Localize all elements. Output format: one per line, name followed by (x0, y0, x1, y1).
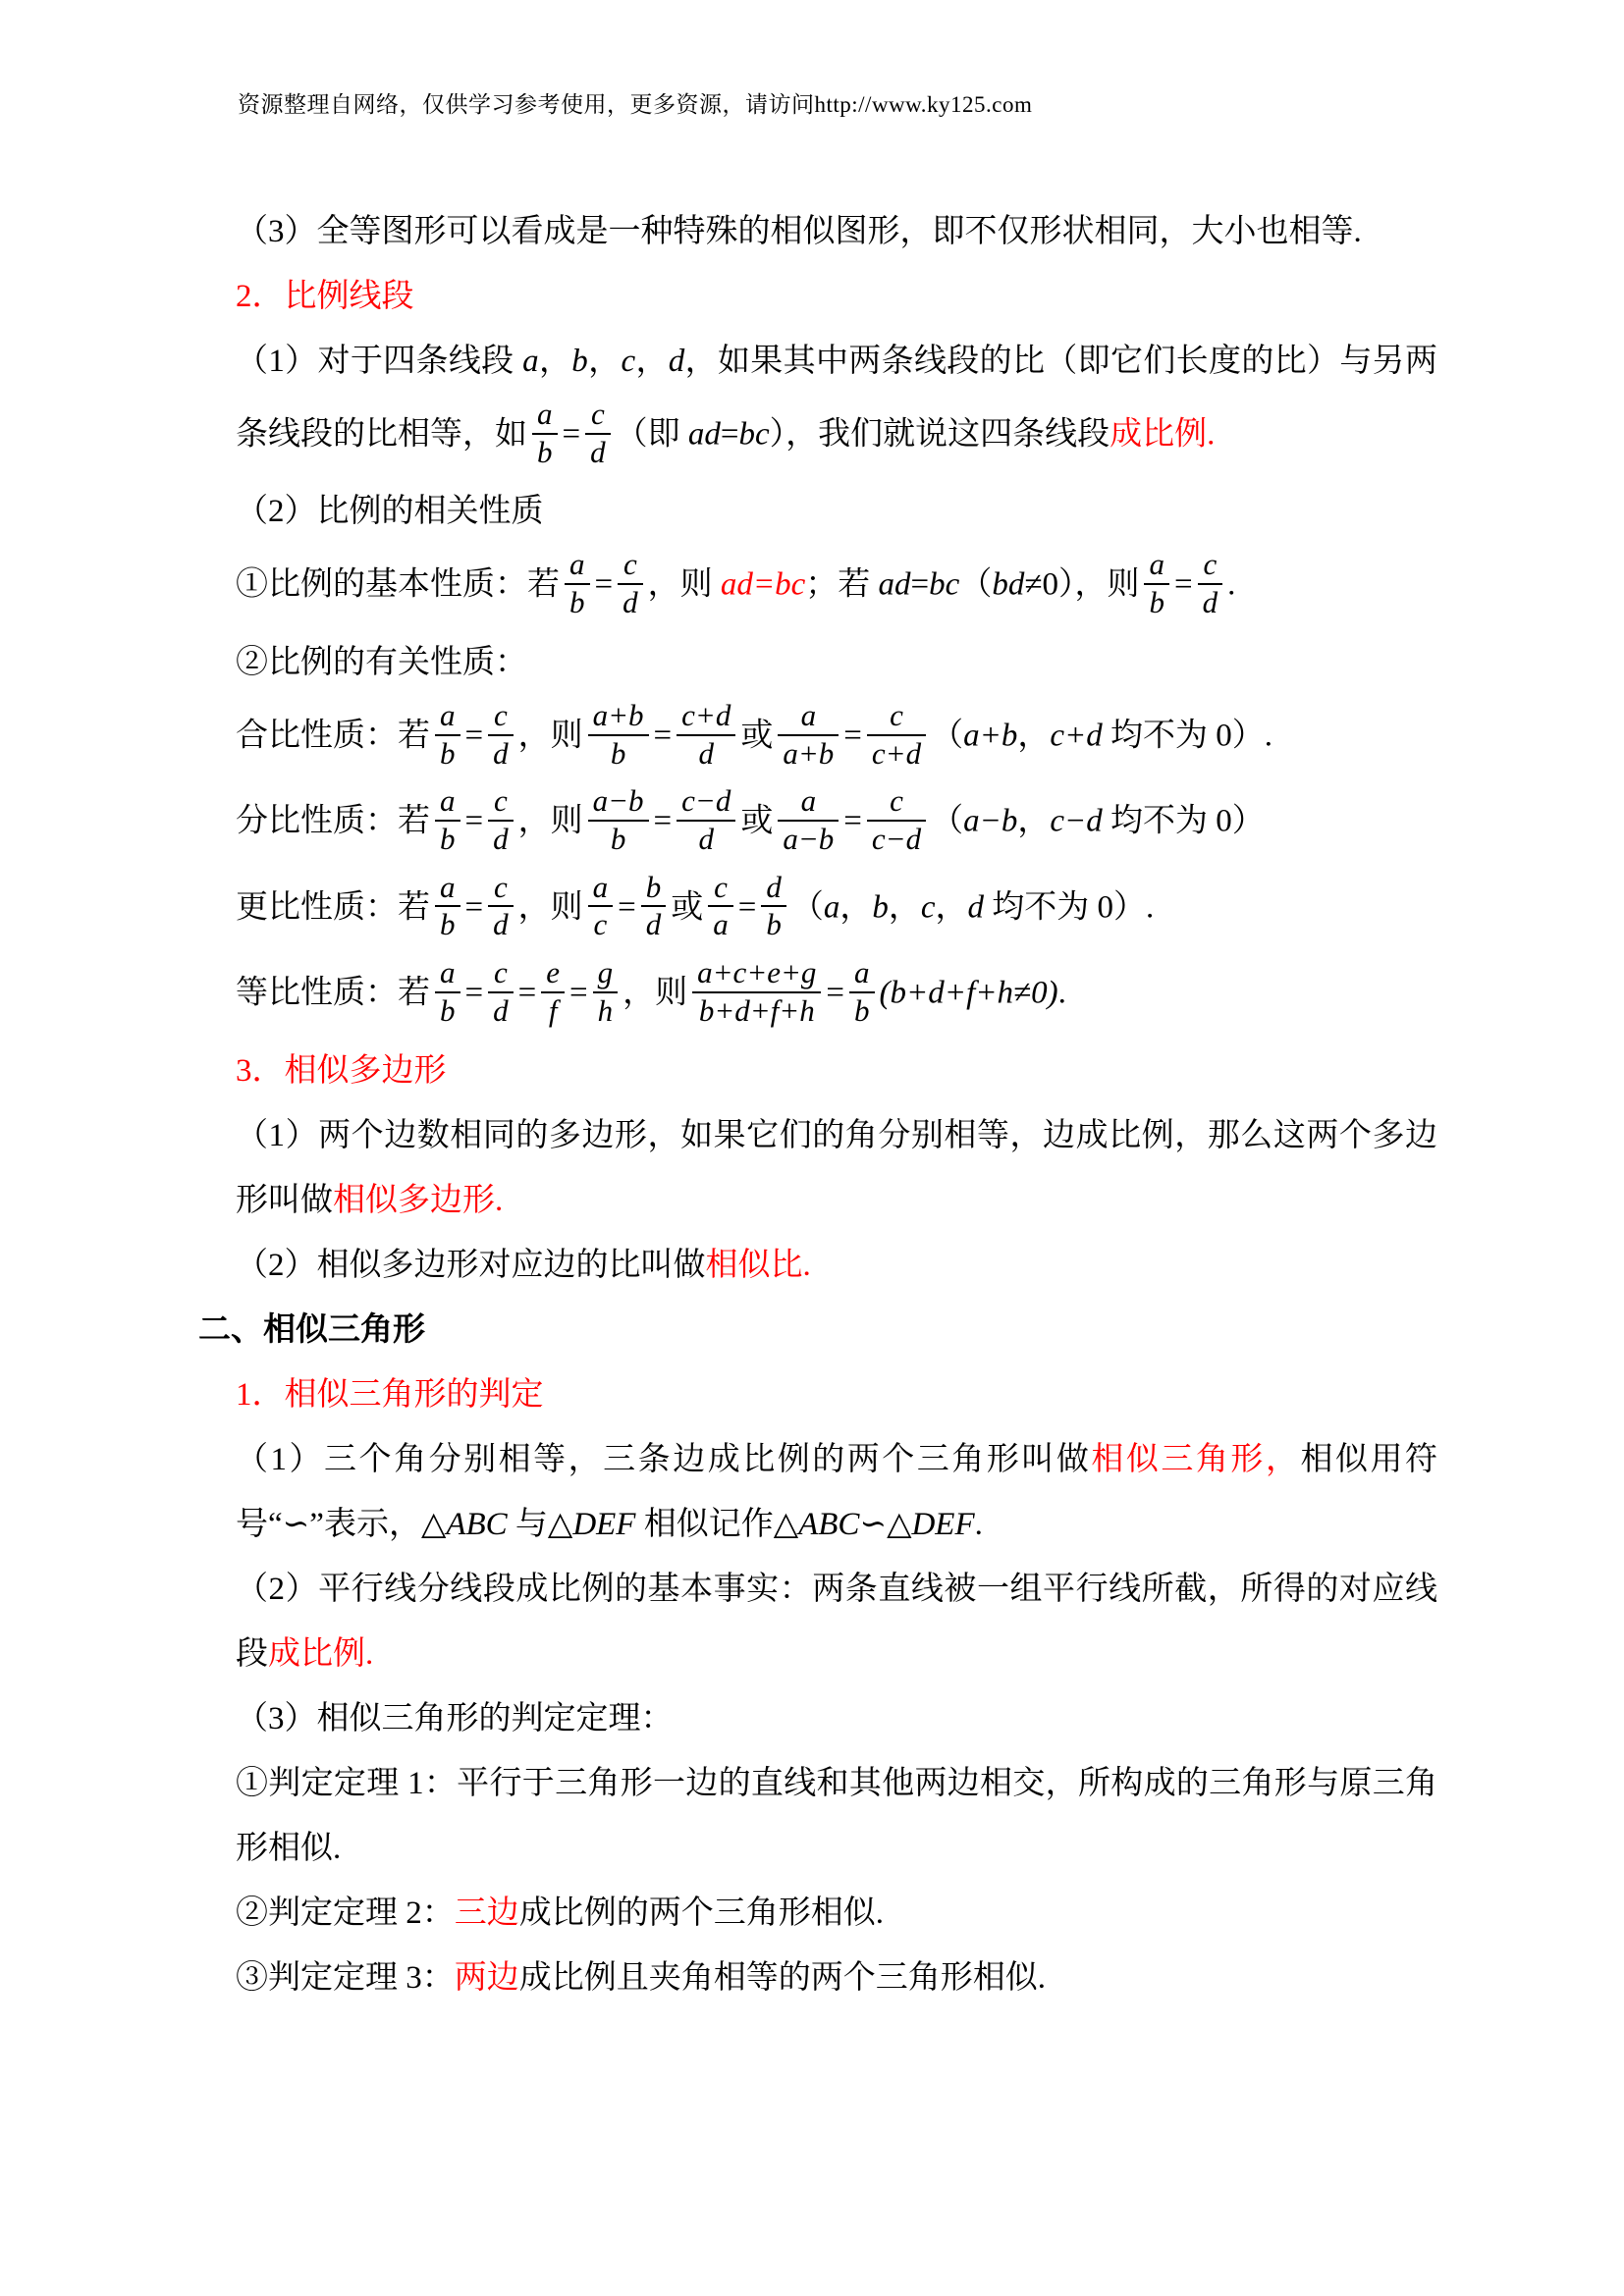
fraction-denominator: d (1198, 585, 1223, 620)
text-run: 相似多边形. (333, 1183, 503, 1218)
text-run: ad (879, 567, 911, 603)
text-run: 相似三角形， (1091, 1442, 1300, 1477)
fraction: bd (641, 871, 667, 942)
text-run: ①判定定理 1：平行于三角形一边的直线和其他两边相交，所构成的三角形与原三角形相… (236, 1766, 1437, 1866)
fraction-denominator: c (588, 907, 614, 942)
fraction: a+c+e+gb+d+f+h (692, 956, 821, 1028)
text-run: = (595, 567, 614, 603)
document-body: （3）全等图形可以看成是一种特殊的相似图形，即不仅形状相同，大小也相等.2．比例… (236, 199, 1437, 2010)
text-run: ， (1017, 804, 1050, 839)
fraction: a+bb (588, 699, 649, 771)
text-run: c (621, 344, 635, 379)
text-run: = (826, 975, 844, 1010)
paragraph: 等比性质：若ab=cd=ef=gh，则a+c+e+gb+d+f+h=ab(b+d… (236, 952, 1437, 1038)
text-run: = (465, 804, 484, 839)
fraction-numerator: a (849, 956, 875, 993)
fraction: ca (708, 871, 733, 942)
text-run: a−b (963, 804, 1017, 839)
text-run: DEF (911, 1507, 974, 1542)
text-run: 2．比例线段 (236, 279, 414, 314)
fraction-numerator: a (565, 548, 590, 585)
fraction: c−dd (677, 784, 735, 856)
paragraph: （1）三个角分别相等，三条边成比例的两个三角形叫做相似三角形，相似用符号“∽”表… (236, 1427, 1437, 1557)
fraction-numerator: e (541, 956, 565, 993)
text-run: ， (588, 344, 622, 379)
text-run: = (654, 804, 673, 839)
fraction-denominator: c+d (867, 736, 926, 772)
paragraph: （2）平行线分线段成比例的基本事实：两条直线被一组平行线所截，所得的对应线段成比… (236, 1557, 1437, 1686)
fraction-numerator: c (1198, 548, 1223, 585)
text-run: 更比性质：若 (236, 889, 430, 925)
text-run: 成比例且夹角相等的两个三角形相似. (519, 1960, 1046, 1996)
fraction-denominator: b (761, 907, 786, 942)
fraction-numerator: c (488, 699, 514, 736)
text-run: = (465, 889, 484, 925)
fraction: cd (585, 398, 611, 469)
text-run: = (843, 718, 862, 753)
section-heading: 3．相似多边形 (236, 1039, 1437, 1103)
text-run: 相似比. (706, 1248, 811, 1283)
text-run: ③判定定理 3： (236, 1960, 455, 1996)
fraction: ac (588, 871, 614, 942)
fraction-numerator: a (778, 784, 839, 822)
document-page: 资源整理自网络，仅供学习参考使用，更多资源，请访问http://www.ky12… (0, 0, 1624, 2296)
fraction-numerator: c (488, 871, 514, 908)
text-run: （ (931, 718, 963, 753)
fraction-denominator: b (435, 822, 460, 857)
text-run: bc (739, 416, 770, 452)
text-run: 分比性质：若 (236, 804, 430, 839)
fraction-denominator: b (565, 585, 590, 620)
fraction-denominator: b (435, 993, 460, 1029)
fraction: cd (488, 956, 514, 1028)
fraction-numerator: a (532, 398, 558, 435)
text-run: ，则 (518, 718, 583, 753)
section-heading: 1．相似三角形的判定 (236, 1362, 1437, 1427)
fraction: gh (593, 956, 619, 1028)
text-run: ②判定定理 2： (236, 1896, 455, 1931)
text-run: ABC (446, 1507, 507, 1542)
text-run: △ (774, 1507, 798, 1542)
fraction-denominator: f (541, 993, 565, 1029)
text-run: = (563, 416, 581, 452)
fraction: cd (618, 548, 643, 619)
fraction-numerator: c (488, 956, 514, 993)
fraction-numerator: a+b (588, 699, 649, 736)
text-run: ad (688, 416, 721, 452)
text-run: ， (539, 344, 572, 379)
text-run: c+d (1050, 718, 1102, 753)
text-run: 与 (508, 1507, 548, 1542)
fraction-denominator: d (677, 822, 735, 857)
text-run: = (654, 718, 673, 753)
text-run: ad=bc (721, 567, 805, 603)
text-run: = (721, 416, 739, 452)
fraction-denominator: c−d (867, 822, 926, 857)
fraction-numerator: c−d (677, 784, 735, 822)
fraction: cd (488, 784, 514, 856)
text-run: 3．相似多边形 (236, 1053, 447, 1089)
fraction-denominator: b (435, 907, 460, 942)
text-run: ∽△ (859, 1507, 911, 1542)
text-run: b (872, 889, 889, 925)
fraction-numerator: c (585, 398, 611, 435)
paragraph: ③判定定理 3：两边成比例且夹角相等的两个三角形相似. (236, 1946, 1437, 2010)
fraction-denominator: d (488, 736, 514, 772)
text-run: 成比例. (268, 1636, 373, 1672)
fraction-denominator: a (708, 907, 733, 942)
fraction: ab (435, 871, 460, 942)
text-run: 均不为 0）. (984, 889, 1154, 925)
text-run: 两边 (455, 1960, 519, 1996)
fraction-denominator: b (532, 435, 558, 470)
fraction-numerator: a (1144, 548, 1169, 585)
fraction: ab (435, 956, 460, 1028)
text-run: a (824, 889, 840, 925)
text-run: = (1174, 567, 1193, 603)
fraction-numerator: c+d (677, 699, 735, 736)
text-run: ≠0 (1024, 567, 1058, 603)
text-run: 等比性质：若 (236, 975, 430, 1010)
fraction-numerator: c (867, 699, 926, 736)
text-run: （3）相似三角形的判定定理： (236, 1701, 674, 1736)
text-run: d (669, 344, 685, 379)
text-run: b (571, 344, 588, 379)
text-run: ， (635, 344, 669, 379)
fraction-numerator: a (435, 784, 460, 822)
section-heading: 二、相似三角形 (198, 1298, 1437, 1362)
page-header-note: 资源整理自网络，仅供学习参考使用，更多资源，请访问http://www.ky12… (238, 86, 1437, 119)
text-run: ，则 (518, 804, 583, 839)
fraction-numerator: a (435, 699, 460, 736)
fraction-numerator: c (618, 548, 643, 585)
text-run: bd (992, 567, 1024, 603)
fraction-denominator: d (488, 993, 514, 1029)
text-run: 相似记作 (635, 1507, 773, 1542)
text-run: 1．相似三角形的判定 (236, 1377, 544, 1413)
text-run: 成比例的两个三角形相似. (519, 1896, 884, 1931)
fraction: ab (435, 699, 460, 771)
fraction: cd (488, 871, 514, 942)
fraction: cc+d (867, 699, 926, 771)
fraction-numerator: c (708, 871, 733, 908)
text-run: △ (548, 1507, 572, 1542)
text-run: 三边 (455, 1896, 519, 1931)
text-run: （2）相似多边形对应边的比叫做 (236, 1248, 706, 1283)
text-run: （2）平行线分线段成比例的基本事实：两条直线被一组平行线所截，所得的对应线段 (236, 1572, 1437, 1672)
fraction-denominator: b (435, 736, 460, 772)
text-run: ， (1017, 718, 1050, 753)
paragraph: ②比例的有关性质： (236, 630, 1437, 695)
fraction-numerator: d (761, 871, 786, 908)
paragraph: 分比性质：若ab=cd，则a−bb=c−dd或aa−b=cc−d（a−b，c−d… (236, 780, 1437, 866)
fraction-denominator: b (849, 993, 875, 1029)
text-run: ，则 (648, 567, 721, 603)
text-run: （1）对于四条线段 (236, 344, 522, 379)
text-run: a (522, 344, 539, 379)
paragraph: ①判定定理 1：平行于三角形一边的直线和其他两边相交，所构成的三角形与原三角形相… (236, 1751, 1437, 1881)
text-run: DEF (572, 1507, 635, 1542)
fraction-numerator: c (867, 784, 926, 822)
text-run: ①比例的基本性质：若 (236, 567, 560, 603)
text-run: 成比例. (1110, 416, 1215, 452)
fraction: aa+b (778, 699, 839, 771)
text-run: bc (929, 567, 959, 603)
text-run: = (465, 975, 484, 1010)
text-run: （2）比例的相关性质 (236, 494, 544, 529)
fraction: a−bb (588, 784, 649, 856)
text-run: △ (421, 1507, 446, 1542)
text-run: 均不为 0） (1103, 804, 1265, 839)
text-run: （1）三个角分别相等，三条边成比例的两个三角形叫做 (236, 1442, 1091, 1477)
fraction-denominator: a−b (778, 822, 839, 857)
fraction-denominator: h (593, 993, 619, 1029)
text-run: ， (839, 889, 872, 925)
text-run: 均不为 0）. (1103, 718, 1272, 753)
text-run: ，则 (623, 975, 687, 1010)
fraction-numerator: a (435, 956, 460, 993)
text-run: 或 (740, 804, 773, 839)
fraction: ab (849, 956, 875, 1028)
fraction: ab (565, 548, 590, 619)
fraction: ab (532, 398, 558, 469)
text-run: ， (889, 889, 921, 925)
text-run: ；若 (805, 567, 878, 603)
fraction-numerator: a (588, 871, 614, 908)
fraction-denominator: b+d+f+h (692, 993, 821, 1029)
paragraph: 更比性质：若ab=cd，则ac=bd或ca=db（a，b，c，d 均不为 0）. (236, 867, 1437, 952)
paragraph: （2）相似多边形对应边的比叫做相似比. (236, 1233, 1437, 1298)
section-heading: 2．比例线段 (236, 264, 1437, 329)
text-run: = (518, 975, 537, 1010)
fraction: ab (435, 784, 460, 856)
fraction-numerator: a−b (588, 784, 649, 822)
text-run: 或 (740, 718, 773, 753)
text-run: ABC (798, 1507, 859, 1542)
fraction: db (761, 871, 786, 942)
fraction-denominator: b (1144, 585, 1169, 620)
fraction-denominator: d (488, 907, 514, 942)
fraction-denominator: d (488, 822, 514, 857)
text-run: = (911, 567, 930, 603)
fraction: ef (541, 956, 565, 1028)
text-run: (b+d+f+h≠0) (880, 975, 1058, 1010)
text-run: （3）全等图形可以看成是一种特殊的相似图形，即不仅形状相同，大小也相等. (236, 214, 1362, 249)
fraction-denominator: d (618, 585, 643, 620)
fraction-denominator: d (585, 435, 611, 470)
text-run: = (618, 889, 636, 925)
paragraph: （2）比例的相关性质 (236, 479, 1437, 544)
text-run: = (465, 718, 484, 753)
paragraph: （1）两个边数相同的多边形，如果它们的角分别相等，边成比例，那么这两个多边形叫做… (236, 1103, 1437, 1233)
text-run: ，则 (518, 889, 583, 925)
paragraph: 合比性质：若ab=cd，则a+bb=c+dd或aa+b=cc+d（a+b，c+d… (236, 695, 1437, 780)
text-run: = (569, 975, 588, 1010)
fraction-numerator: a (435, 871, 460, 908)
text-run: a+b (963, 718, 1017, 753)
text-run: （ (931, 804, 963, 839)
text-run: 二、相似三角形 (198, 1312, 425, 1348)
text-run: ），我们就说这四条线段 (770, 416, 1110, 452)
text-run: . (1058, 975, 1066, 1010)
text-run: . (1227, 567, 1235, 603)
fraction-numerator: a+c+e+g (692, 956, 821, 993)
fraction: c+dd (677, 699, 735, 771)
paragraph: ②判定定理 2：三边成比例的两个三角形相似. (236, 1881, 1437, 1946)
text-run: c−d (1050, 804, 1102, 839)
fraction-denominator: b (588, 736, 649, 772)
text-run: d (968, 889, 985, 925)
text-run: （ (791, 889, 824, 925)
text-run: 合比性质：若 (236, 718, 430, 753)
text-run: = (843, 804, 862, 839)
text-run: ②比例的有关性质： (236, 645, 527, 680)
fraction: ab (1144, 548, 1169, 619)
paragraph: （1）对于四条线段 a，b，c，d，如果其中两条线段的比（即它们长度的比）与另两… (236, 329, 1437, 479)
fraction-numerator: c (488, 784, 514, 822)
paragraph: （3）相似三角形的判定定理： (236, 1686, 1437, 1751)
text-run: 或 (671, 889, 703, 925)
fraction-numerator: g (593, 956, 619, 993)
text-run: . (975, 1507, 983, 1542)
text-run: （即 (616, 416, 688, 452)
fraction: aa−b (778, 784, 839, 856)
fraction-denominator: d (641, 907, 667, 942)
fraction-numerator: a (778, 699, 839, 736)
paragraph: （3）全等图形可以看成是一种特殊的相似图形，即不仅形状相同，大小也相等. (236, 199, 1437, 264)
fraction: cc−d (867, 784, 926, 856)
paragraph: ①比例的基本性质：若ab=cd，则 ad=bc；若 ad=bc（bd≠0），则a… (236, 544, 1437, 629)
text-run: = (738, 889, 757, 925)
fraction-numerator: b (641, 871, 667, 908)
fraction-denominator: d (677, 736, 735, 772)
text-run: ， (936, 889, 968, 925)
text-run: ），则 (1058, 567, 1140, 603)
fraction: cd (488, 699, 514, 771)
text-run: c (921, 889, 936, 925)
fraction-denominator: a+b (778, 736, 839, 772)
text-run: （ (959, 567, 992, 603)
fraction: cd (1198, 548, 1223, 619)
fraction-denominator: b (588, 822, 649, 857)
